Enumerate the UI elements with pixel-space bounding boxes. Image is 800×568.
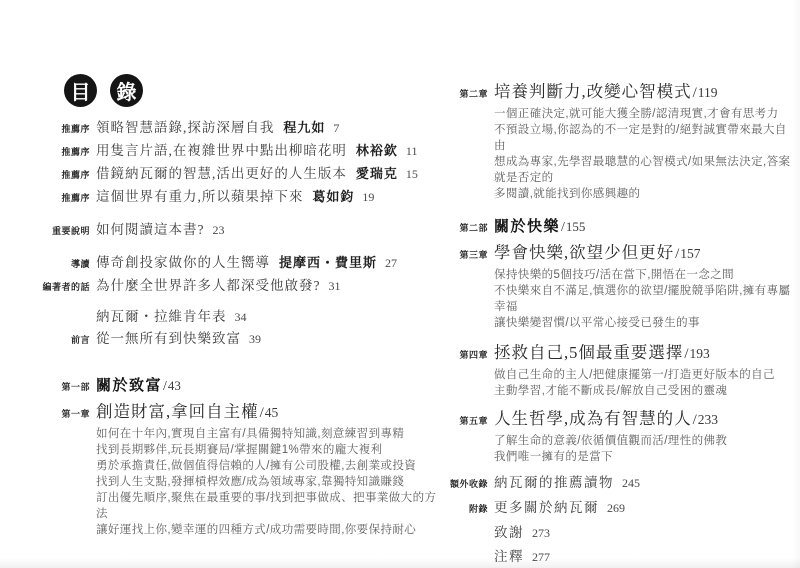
entry-label: 前言: [34, 329, 96, 351]
toc-title-seal-2: 錄: [110, 74, 143, 107]
foreword-group: 推薦序 領略智慧語錄,探訪深層自我程九如7 推薦序 用隻言片語,在複雜世界中點出…: [34, 117, 444, 209]
chapter-title-text: 人生哲學,成為有智慧的人/233: [494, 407, 718, 432]
entry-author: 程九如: [283, 120, 325, 135]
chapter5-subline: 了解生命的意義/依循價值觀而活/理性的佛教: [494, 433, 796, 449]
slash-separator: /: [693, 85, 697, 101]
entry-page-number: 245: [622, 476, 640, 490]
entry-author: 葛如鈞: [312, 189, 354, 204]
entry-text: 為什麼全世界許多人都深受他啟發?31: [96, 275, 341, 297]
toc-entry: 推薦序 用隻言片語,在複雜世界中點出柳暗花明林裕欽11: [34, 140, 444, 163]
part-page-number: 43: [168, 378, 181, 393]
toc-entry: 注釋277: [448, 545, 796, 568]
part-label: 第二部: [448, 215, 494, 241]
entry-page-number: 34: [235, 310, 247, 324]
chapter-label: 第四章: [448, 343, 494, 367]
entry-page-number: 15: [406, 167, 418, 181]
part-title-text: 關於快樂/155: [494, 214, 585, 241]
entry-author: 愛瑞克: [356, 166, 398, 181]
chapter1-subline: 找到人生支點,發揮槓桿效應/成為領域專家,靠獨特知識賺錢: [96, 474, 444, 490]
entry-page-number: 23: [213, 223, 225, 237]
chapter-page-number: 119: [698, 85, 718, 100]
toc-title-seal-1: 目: [64, 74, 97, 107]
toc-entry: 前言 從一無所有到快樂致富39: [34, 328, 444, 351]
chapter-label: 第一章: [34, 402, 96, 426]
entry-page-number: 273: [532, 526, 550, 540]
entry-label: 附錄: [448, 497, 494, 521]
chapter2-subline: 多閱讀,就能找到你感興趣的: [494, 186, 796, 202]
entry-label: 推薦序: [34, 187, 96, 209]
toc-entry: 額外收錄 納瓦爾的推薦讀物245: [448, 471, 796, 496]
part1-heading: 第一部 關於致富/43: [34, 373, 444, 400]
chapter3-subline: 保持快樂的5個技巧/活在當下,開悟在一念之間: [494, 267, 796, 283]
important-note-group: 重要說明 如何閱讀這本書?23: [34, 219, 444, 242]
chapter2-subline: 一個正確決定,就可能大獲全勝/認清現實,才會有思考力: [494, 106, 796, 122]
chapter-title-text: 培養判斷力,改變心智模式/119: [494, 80, 718, 105]
chapter1-subline: 找到長期夥伴,玩長期賽局/掌握關鍵1%帶來的龐大複利: [96, 442, 444, 458]
chapter2-group: 第二章 培養判斷力,改變心智模式/119 一個正確決定,就可能大獲全勝/認清現實…: [448, 80, 796, 202]
part-label: 第一部: [34, 374, 96, 400]
entry-label: 推薦序: [34, 141, 96, 163]
entry-author: 提摩西・費里斯: [279, 255, 377, 270]
entry-page-number: 277: [532, 550, 550, 564]
part-page-number: 155: [566, 219, 586, 234]
introduction-group: 導讀 傳奇創投家做你的人生嚮導提摩西・費里斯27 編著者的話 為什麼全世界許多人…: [34, 252, 444, 298]
entry-label: 額外收錄: [448, 472, 494, 496]
chapter2-heading: 第二章 培養判斷力,改變心智模式/119: [448, 80, 796, 106]
chapter-page-number: 233: [698, 412, 718, 427]
timeline-preface-group: 納瓦爾・拉維肯年表34 前言 從一無所有到快樂致富39: [34, 306, 444, 351]
entry-page-number: 39: [249, 332, 261, 346]
entry-label: 編著者的話: [34, 276, 96, 298]
chapter3-subline: 讓快樂變習慣/以平常心接受已發生的事: [494, 315, 796, 331]
chapter2-subline: 想成為專家,先學習最聰慧的心智模式/如果無法決定,答案就是否定的: [494, 154, 796, 186]
entry-author: 林裕欽: [356, 143, 398, 158]
chapter-label: 第二章: [448, 82, 494, 106]
chapter5-subline: 我們唯一擁有的是當下: [494, 449, 796, 465]
entry-page-number: 31: [329, 279, 341, 293]
entry-text: 納瓦爾的推薦讀物245: [494, 471, 640, 495]
entry-page-number: 7: [333, 121, 339, 135]
chapter3-subline: 不快樂來自不滿足,慎選你的欲望/擺脫競爭陷阱,擁有專屬幸福: [494, 283, 796, 315]
chapter5-heading: 第五章 人生哲學,成為有智慧的人/233: [448, 407, 796, 433]
entry-label: 重要說明: [34, 220, 96, 242]
toc-entry: 導讀 傳奇創投家做你的人生嚮導提摩西・費里斯27: [34, 252, 444, 275]
chapter-page-number: 157: [680, 246, 700, 261]
chapter4-subline: 主動學習,才能不斷成長/解放自己受困的靈魂: [494, 383, 796, 399]
chapter-label: 第三章: [448, 243, 494, 267]
part1-group: 第一部 關於致富/43 第一章 創造財富,拿回自主權/45 如何在十年內,實現自…: [34, 373, 444, 538]
back-matter-group: 額外收錄 納瓦爾的推薦讀物245 附錄 更多關於納瓦爾269 致謝273 注釋2…: [448, 471, 796, 568]
toc-entry: 納瓦爾・拉維肯年表34: [34, 306, 444, 328]
entry-text: 從一無所有到快樂致富39: [96, 328, 261, 350]
toc-entry: 致謝273: [448, 521, 796, 545]
entry-text: 注釋277: [494, 545, 550, 568]
entry-text: 更多關於納瓦爾269: [494, 496, 625, 520]
chapter1-heading: 第一章 創造財富,拿回自主權/45: [34, 400, 444, 426]
entry-label: 推薦序: [34, 118, 96, 140]
chapter1-subline: 勇於承擔責任,做個值得信賴的人/擁有公司股權,去創業或投資: [96, 458, 444, 474]
chapter3-heading: 第三章 學會快樂,欲望少但更好/157: [448, 241, 796, 267]
chapter3-group: 第三章 學會快樂,欲望少但更好/157 保持快樂的5個技巧/活在當下,開悟在一念…: [448, 241, 796, 331]
entry-text: 如何閱讀這本書?23: [96, 219, 225, 241]
chapter1-subline: 訂出優先順序,聚焦在最重要的事/找到把事做成、把事業做大的方法: [96, 490, 444, 522]
slash-separator: /: [684, 346, 688, 362]
chapter5-group: 第五章 人生哲學,成為有智慧的人/233 了解生命的意義/依循價值觀而活/理性的…: [448, 407, 796, 465]
toc-title: 目 錄: [64, 74, 444, 107]
slash-separator: /: [693, 412, 697, 428]
toc-entry: 推薦序 領略智慧語錄,探訪深層自我程九如7: [34, 117, 444, 140]
chapter-title-text: 創造財富,拿回自主權/45: [96, 400, 278, 425]
slash-separator: /: [675, 246, 679, 262]
toc-entry: 推薦序 借鏡納瓦爾的智慧,活出更好的人生版本愛瑞克15: [34, 163, 444, 186]
chapter1-subline: 讓好運找上你,變幸運的四種方式/成功需要時間,你要保持耐心: [96, 522, 444, 538]
chapter-title-text: 學會快樂,欲望少但更好/157: [494, 241, 701, 266]
entry-page-number: 269: [607, 501, 625, 515]
entry-text: 傳奇創投家做你的人生嚮導提摩西・費里斯27: [96, 252, 397, 274]
entry-label: 推薦序: [34, 164, 96, 186]
chapter-page-number: 45: [265, 405, 279, 420]
entry-text: 致謝273: [494, 521, 550, 545]
entry-page-number: 19: [362, 190, 374, 204]
toc-entry: 推薦序 這個世界有重力,所以蘋果掉下來葛如鈞19: [34, 186, 444, 209]
part-title-text: 關於致富/43: [96, 373, 181, 400]
chapter4-group: 第四章 拯救自己,5個最重要選擇/193 做自己生命的主人/把健康擺第一/打造更…: [448, 341, 796, 399]
toc-entry: 編著者的話 為什麼全世界許多人都深受他啟發?31: [34, 275, 444, 298]
chapter4-heading: 第四章 拯救自己,5個最重要選擇/193: [448, 341, 796, 367]
entry-text: 借鏡納瓦爾的智慧,活出更好的人生版本愛瑞克15: [96, 163, 418, 185]
part2-heading: 第二部 關於快樂/155: [448, 214, 796, 241]
chapter-title-text: 拯救自己,5個最重要選擇/193: [494, 341, 710, 366]
entry-label: 導讀: [34, 253, 96, 275]
toc-right-column: 第二章 培養判斷力,改變心智模式/119 一個正確決定,就可能大獲全勝/認清現實…: [448, 80, 796, 568]
slash-separator: /: [163, 379, 167, 394]
toc-entry: 重要說明 如何閱讀這本書?23: [34, 219, 444, 242]
entry-text: 用隻言片語,在複雜世界中點出柳暗花明林裕欽11: [96, 140, 417, 162]
entry-text: 這個世界有重力,所以蘋果掉下來葛如鈞19: [96, 186, 374, 208]
toc-entry: 附錄 更多關於納瓦爾269: [448, 496, 796, 521]
chapter1-subline: 如何在十年內,實現自主富有/具備獨特知識,刻意練習到專精: [96, 426, 444, 442]
chapter2-subline: 不預設立場,你認為的不一定是對的/絕對誠實帶來最大自由: [494, 122, 796, 154]
chapter-page-number: 193: [690, 346, 710, 361]
slash-separator: /: [561, 220, 565, 235]
entry-text: 領略智慧語錄,探訪深層自我程九如7: [96, 117, 339, 139]
entry-page-number: 27: [385, 256, 397, 270]
entry-page-number: 11: [406, 144, 418, 158]
book-toc-page: 目 錄 推薦序 領略智慧語錄,探訪深層自我程九如7 推薦序 用隻言片語,在複雜世…: [0, 0, 800, 568]
chapter-label: 第五章: [448, 409, 494, 433]
entry-text: 納瓦爾・拉維肯年表34: [96, 306, 247, 328]
toc-left-column: 目 錄 推薦序 領略智慧語錄,探訪深層自我程九如7 推薦序 用隻言片語,在複雜世…: [34, 74, 444, 538]
part2-group: 第二部 關於快樂/155: [448, 214, 796, 241]
chapter4-subline: 做自己生命的主人/把健康擺第一/打造更好版本的自己: [494, 367, 796, 383]
slash-separator: /: [260, 405, 264, 421]
